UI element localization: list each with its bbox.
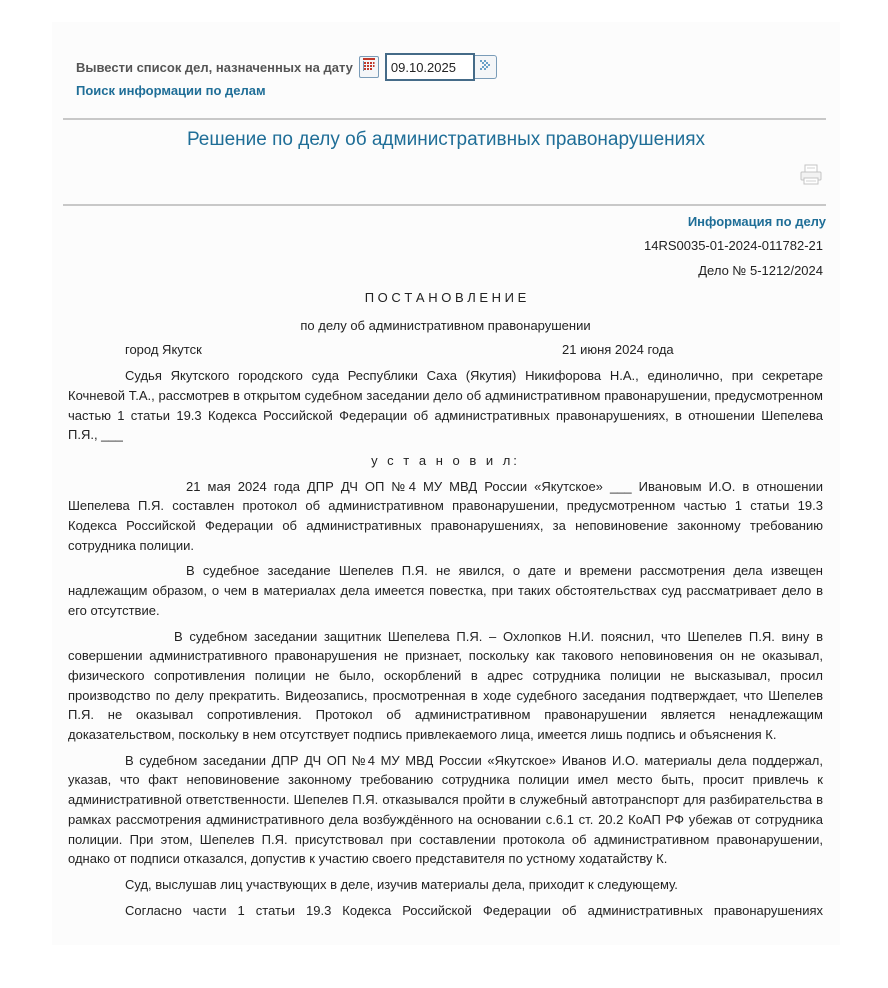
date-input[interactable] <box>385 53 475 81</box>
case-info-link[interactable]: Информация по делу <box>688 214 826 229</box>
calendar-icon <box>362 57 376 78</box>
document-heading: П О С Т А Н О В Л Е Н И Е <box>68 288 823 308</box>
document-date: 21 июня 2024 года <box>562 340 674 360</box>
divider-top <box>63 118 826 120</box>
case-number: Дело № 5-1212/2024 <box>698 263 823 278</box>
page-title: Решение по делу об административных прав… <box>52 129 840 151</box>
paragraph: Суд, выслушав лиц участвующих в деле, из… <box>68 875 823 895</box>
show-cases-button[interactable] <box>475 55 497 79</box>
divider-bottom <box>63 204 826 206</box>
case-search-link[interactable]: Поиск информации по делам <box>76 83 266 98</box>
case-uid: 14RS0035-01-2024-011782-21 <box>644 238 823 253</box>
document-subheading: по делу об административном правонарушен… <box>68 316 823 336</box>
paragraph: В судебном заседании ДПР ДЧ ОП №4 МУ МВД… <box>68 751 823 869</box>
calendar-button[interactable] <box>359 56 379 78</box>
paragraph: В судебное заседание Шепелев П.Я. не яви… <box>68 561 823 620</box>
city-date-line: город Якутск 21 июня 2024 года <box>68 340 823 360</box>
date-filter-bar: Вывести список дел, назначенных на дату <box>76 52 497 82</box>
page-container: Вывести список дел, назначенных на дату <box>52 22 840 945</box>
intro-paragraph: Судья Якутского городского суда Республи… <box>68 366 823 445</box>
paragraph: В судебном заседании защитник Шепелева П… <box>68 627 823 745</box>
double-chevron-right-icon <box>478 58 492 77</box>
paragraph: 21 мая 2024 года ДПР ДЧ ОП №4 МУ МВД Рос… <box>68 477 823 556</box>
document-city: город Якутск <box>125 340 562 360</box>
printer-icon <box>799 173 823 190</box>
print-button[interactable] <box>799 164 823 186</box>
established-heading: у с т а н о в и л: <box>68 451 823 471</box>
date-filter-label: Вывести список дел, назначенных на дату <box>76 60 353 75</box>
paragraph: Согласно части 1 статьи 19.3 Кодекса Рос… <box>68 901 823 921</box>
document-body: П О С Т А Н О В Л Е Н И Е по делу об адм… <box>68 288 823 920</box>
